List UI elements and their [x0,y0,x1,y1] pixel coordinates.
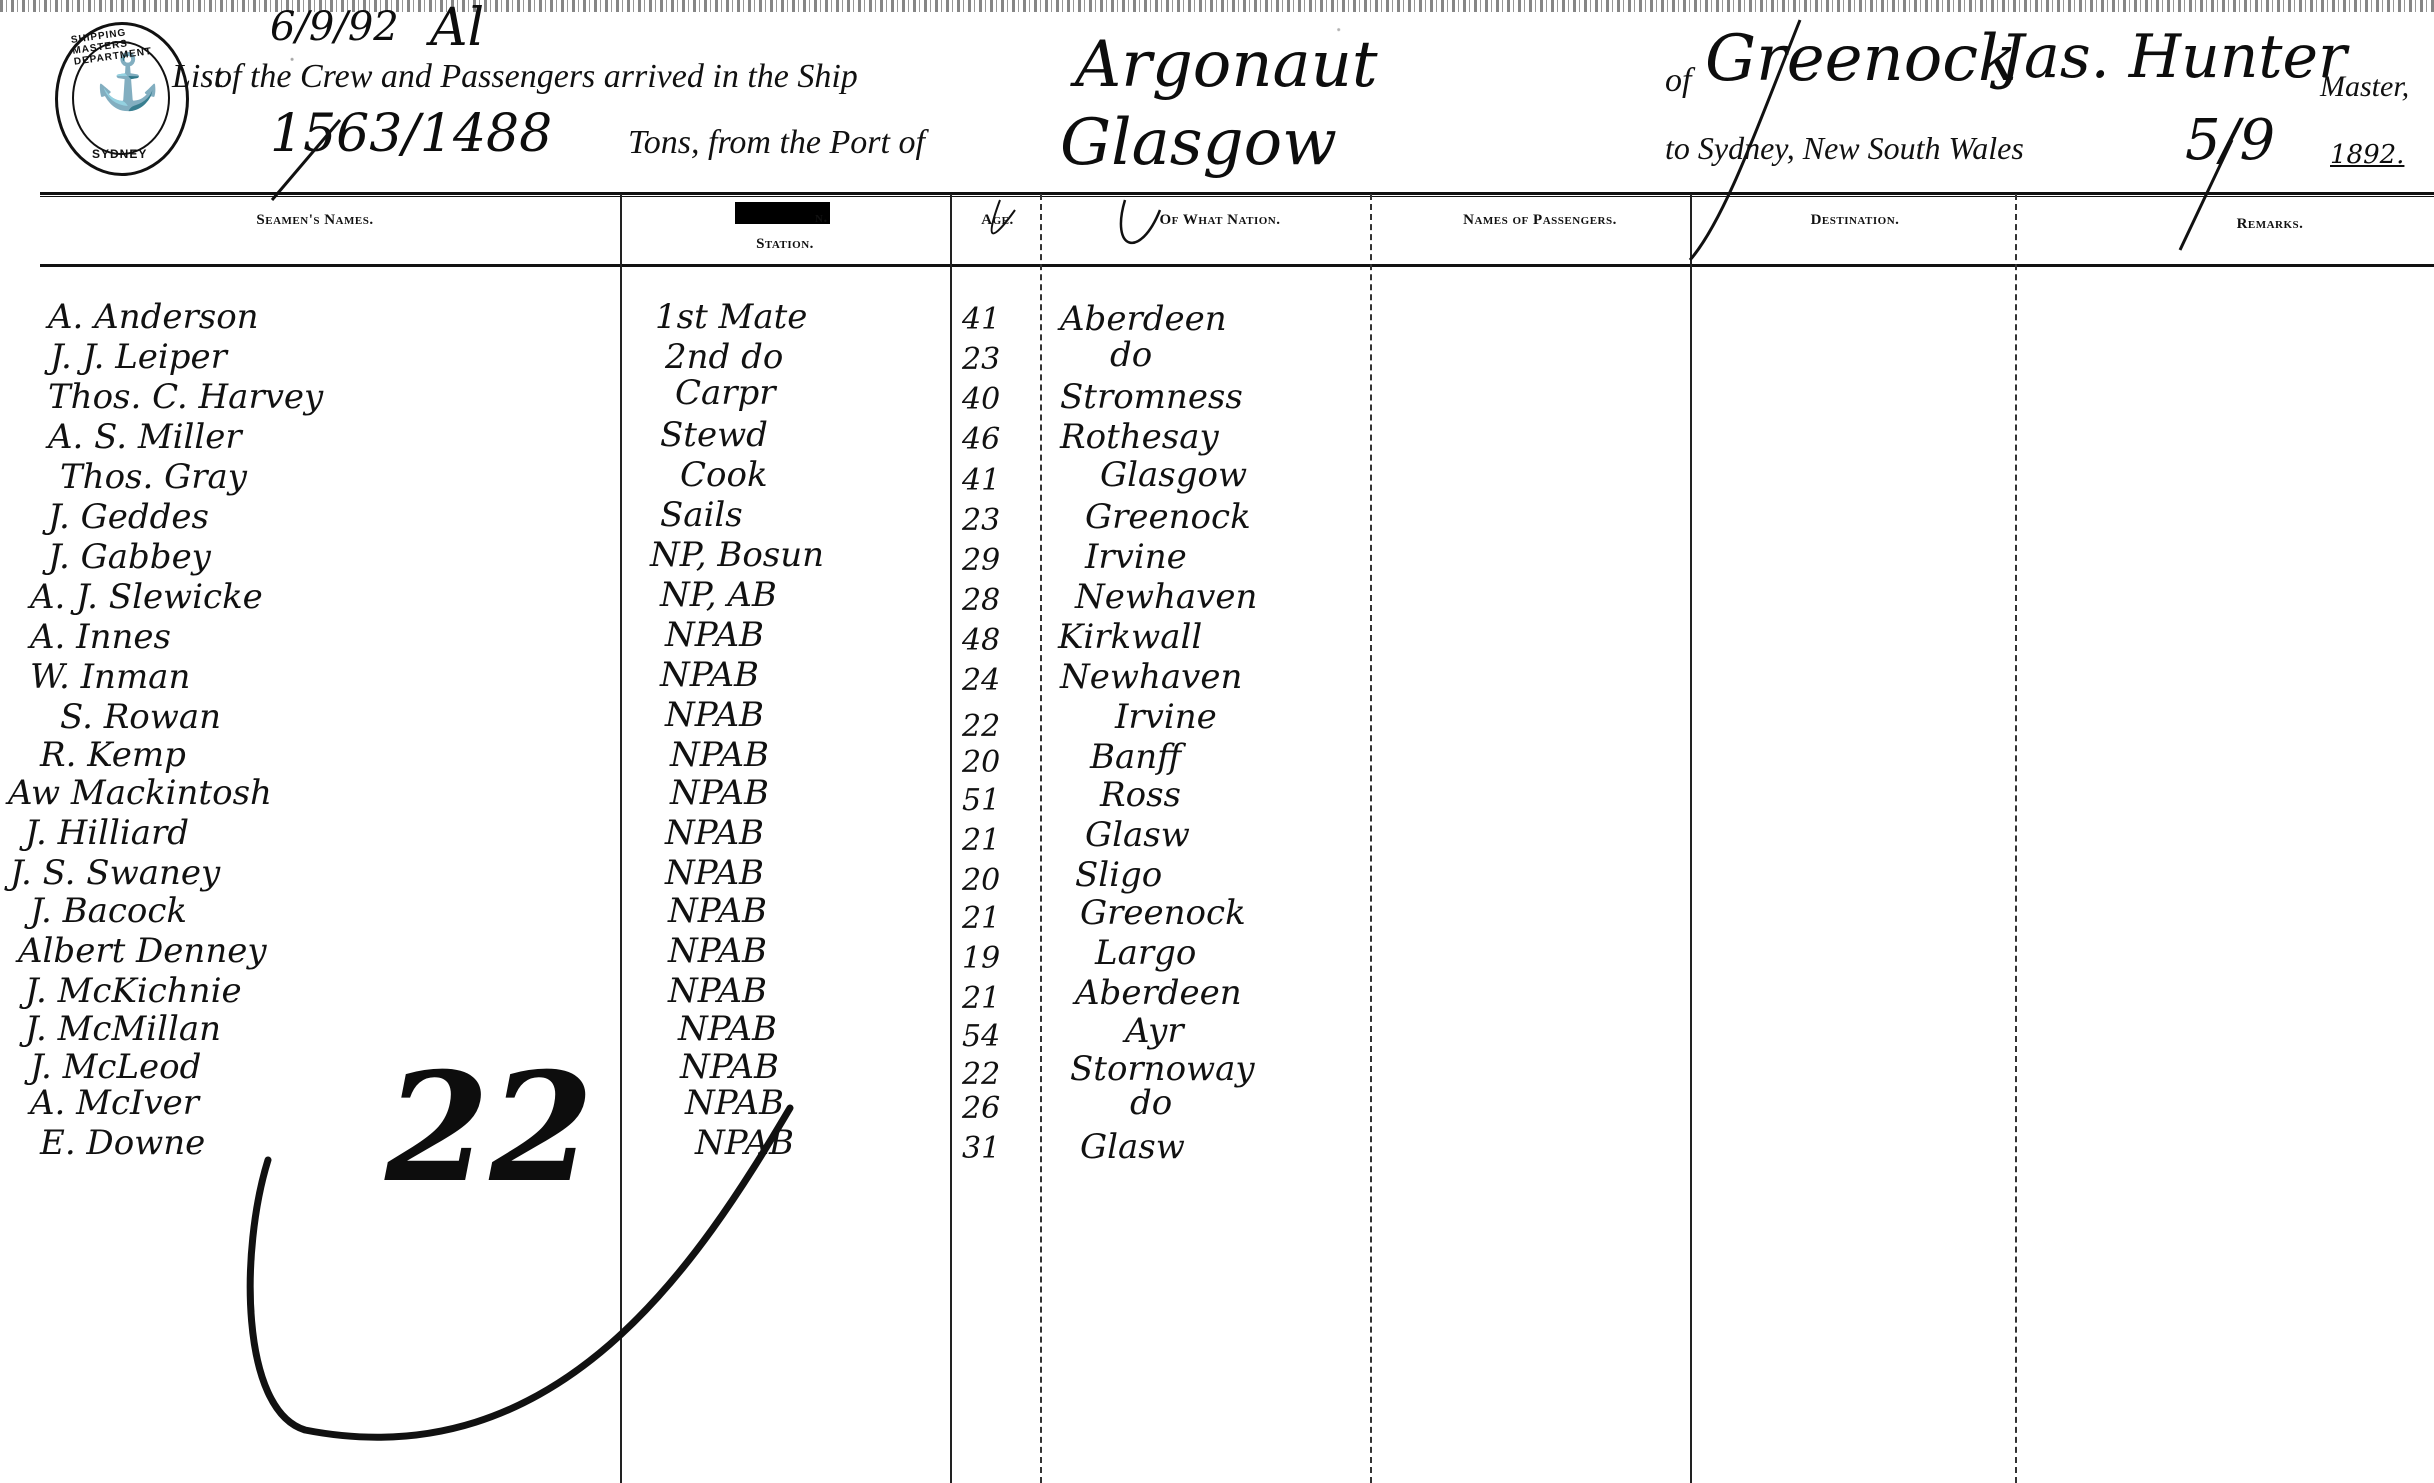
seaman-nation: Glasw [1080,1130,1185,1164]
seaman-age: 26 [962,1094,1000,1124]
seaman-age: 22 [962,712,1000,742]
ship-name: Argonaut [1075,28,1378,102]
seaman-name: Thos. Gray [60,460,247,494]
seaman-station: NP, Bosun [650,538,824,572]
col-divider-nation-passengers [1370,194,1372,1483]
seaman-station: Stewd [660,418,768,452]
seaman-station: NPAB [668,974,767,1008]
seaman-age: 23 [962,506,1000,536]
seaman-age: 40 [962,385,1000,415]
seaman-station: NP, AB [660,578,777,612]
seal-bottom-text: SYDNEY [92,147,147,161]
seaman-age: 28 [962,586,1000,616]
seaman-name: J. Hilliard [25,816,189,850]
seaman-age: 54 [962,1022,1000,1052]
seaman-name: R. Kemp [40,738,186,772]
from-port: Glasgow [1060,106,1337,180]
header-top-rule [40,192,2434,195]
seaman-station: NPAB [665,618,764,652]
seaman-name: J. McLeod [30,1050,201,1084]
col-divider-names-station [620,194,622,1483]
seaman-nation: Newhaven [1060,660,1242,694]
col-header-destination: Destination. [1780,212,1930,229]
seaman-station: NPAB [660,658,759,692]
annotation-date: 6/9/92 [270,4,399,50]
seaman-station: Cook [680,458,768,492]
shipping-masters-seal: ⚓ SHIPPING MASTERS DEPARTMENT SYDNEY [55,22,189,176]
col-divider-age-nation [1040,194,1042,1483]
seaman-name: W. Inman [30,660,190,694]
annotation-initials: Al [430,0,484,58]
seaman-nation: Banff [1090,740,1181,774]
seaman-name: A. McIver [30,1086,199,1120]
header-line1-printed: of the Crew and Passengers arrived in th… [215,58,858,96]
seaman-name: J. Bacock [30,894,187,928]
seaman-age: 41 [962,305,1000,335]
master-name: Jas. Hunter [2000,22,2347,92]
seaman-age: 21 [962,984,1000,1014]
seaman-nation: do [1130,1086,1172,1120]
seaman-name: A. Anderson [48,300,259,334]
col-divider-station-age [950,194,952,1483]
seaman-name: Albert Denney [18,934,267,968]
seaman-station: 2nd do [665,340,783,374]
seaman-station: NPAB [665,856,764,890]
header-top-rule-double [40,196,2434,197]
seaman-age: 20 [962,748,1000,778]
col-header-age: Age. [970,212,1025,229]
header-bottom-rule [40,264,2434,267]
to-sydney-printed: to Sydney, New South Wales [1665,130,2024,167]
seaman-nation: Kirkwall [1058,620,1202,654]
col-divider-passengers-destination [1690,194,1692,1483]
seaman-nation: Newhaven [1075,580,1257,614]
seaman-age: 24 [962,666,1000,696]
seaman-age: 23 [962,345,1000,375]
crew-tally-mark: 22 [385,1040,594,1216]
master-label: Master, [2320,70,2409,104]
seaman-nation: Irvine [1085,540,1187,574]
col-header-station: Station. [735,236,835,253]
seaman-station: NPAB [670,776,769,810]
seaman-station: NPAB [665,816,764,850]
seaman-name: J. McKichnie [25,974,242,1008]
seaman-age: 29 [962,546,1000,576]
seaman-name: J. J. Leiper [50,340,227,374]
seaman-age: 19 [962,944,1000,974]
seaman-name: J. Gabbey [48,540,211,574]
seaman-nation: Aberdeen [1060,302,1227,336]
seaman-nation: Glasw [1085,818,1190,852]
seaman-name: J. S. Swaney [10,856,220,890]
seaman-age: 21 [962,826,1000,856]
seaman-nation: Glasgow [1100,458,1247,492]
col-header-nation: Of What Nation. [1120,212,1320,229]
seaman-station: NPAB [685,1086,784,1120]
seaman-nation: Sligo [1075,858,1162,892]
seaman-nation: Stromness [1060,380,1243,414]
seaman-nation: Greenock [1085,500,1251,534]
seaman-name: A. Innes [30,620,171,654]
seaman-name: A. J. Slewicke [30,580,263,614]
seaman-name: E. Downe [40,1126,205,1160]
seaman-nation: Greenock [1080,896,1246,930]
seaman-age: 48 [962,626,1000,656]
col-header-remarks: Remarks. [2200,216,2340,233]
seaman-age: 31 [962,1134,1000,1164]
seaman-age: 21 [962,904,1000,934]
seaman-nation: Aberdeen [1075,976,1242,1010]
seaman-name: Thos. C. Harvey [48,380,323,414]
seaman-station: NPAB [680,1050,779,1084]
seaman-name: J. Geddes [48,500,209,534]
seaman-name: Aw Mackintosh [8,776,272,810]
seaman-station: NPAB [668,894,767,928]
seaman-nation: Ross [1100,778,1181,812]
seaman-station: Sails [660,498,743,532]
seaman-age: 41 [962,466,1000,496]
seaman-age: 20 [962,866,1000,896]
of-label: of [1665,62,1691,100]
seaman-station: NPAB [678,1012,777,1046]
col-divider-destination-remarks [2015,194,2017,1483]
seaman-nation: Largo [1095,936,1196,970]
col-header-passengers: Names of Passengers. [1420,212,1660,229]
tons-from-port-printed: Tons, from the Port of [628,124,925,162]
col-header-seamens-names: Seamen's Names. [200,212,430,229]
seaman-station: NPAB [668,934,767,968]
seaman-name: S. Rowan [60,700,221,734]
seaman-nation: do [1110,338,1152,372]
seaman-age: 22 [962,1060,1000,1090]
seaman-station: 1st Mate [655,300,807,334]
tonnage: 1563/1488 [270,104,552,164]
seaman-name: A. S. Miller [48,420,242,454]
arrival-year: 1892. [2330,140,2404,170]
arrival-date: 5/9 [2185,108,2275,173]
seaman-station: NPAB [665,698,764,732]
seaman-nation: Stornoway [1070,1052,1255,1086]
home-port: Greenock [1705,22,2017,96]
seaman-age: 51 [962,786,1000,816]
seaman-age: 46 [962,425,1000,455]
seaman-station: NPAB [695,1126,794,1160]
seaman-station: NPAB [670,738,769,772]
seaman-nation: Irvine [1115,700,1217,734]
seaman-nation: Ayr [1125,1014,1184,1048]
col-header-seamen-suffix: n. [815,210,855,227]
seaman-nation: Rothesay [1060,420,1219,454]
seaman-station: Carpr [675,376,776,410]
seaman-name: J. McMillan [25,1012,221,1046]
